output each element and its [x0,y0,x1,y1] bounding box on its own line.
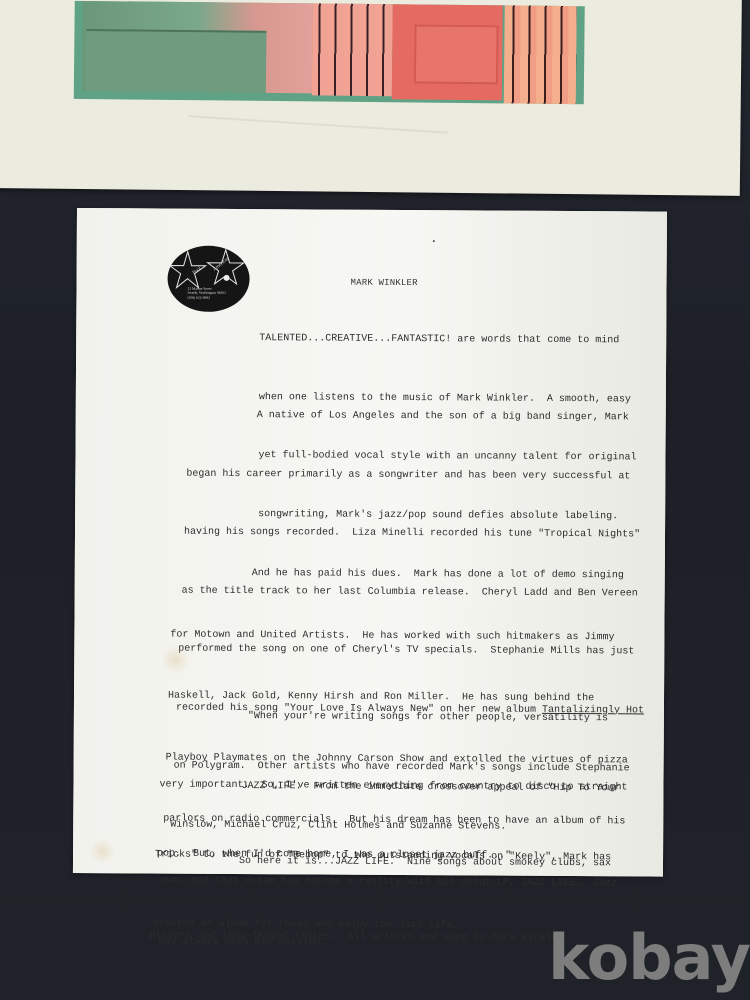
document-title: MARK WINKLER [351,278,418,288]
text-line: began his career primarily as a songwrit… [182,464,645,486]
text-line: TALENTED...CREATIVE...FANTASTIC! are wor… [259,329,637,351]
text-line: And he has paid his dues. Mark has done … [168,564,629,587]
text-line: players and long-legged ladies. All writ… [149,923,610,951]
record-label-logo: Pool American 23 Marine Street Seattle, … [167,246,249,312]
text-line: for Motown and United Artists. He has wo… [167,625,628,648]
album-cover [0,0,742,196]
record-hole [224,275,230,281]
paper-stain [89,838,115,864]
paper-stain [160,645,190,675]
kobay-watermark: kobay [548,921,750,994]
text-line: JAZZ LIFE. From the immediate crossover … [155,774,619,800]
text-line: So here it is...JAZZ LIFE. Nine songs ab… [153,848,611,876]
press-release-sheet: Pool American 23 Marine Street Seattle, … [73,208,667,877]
album-cover-photo [74,1,585,104]
text-line: "When your're writing songs for other pe… [160,705,628,731]
paragraph-closing: So here it is...JAZZ LIFE. Nine songs ab… [152,798,611,1000]
logo-address: 23 Marine Street Seattle, Washington 981… [187,287,243,301]
star-icon [167,246,249,312]
trunk-image [86,29,267,93]
text-line: A native of Los Angeles and the son of a… [183,406,646,428]
